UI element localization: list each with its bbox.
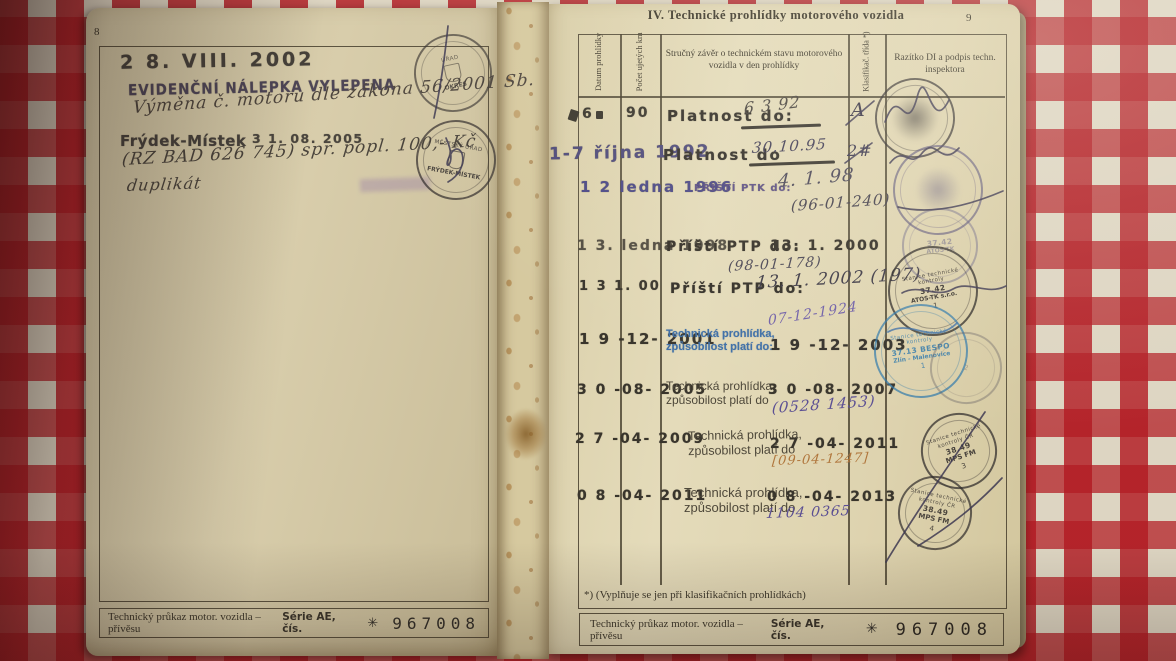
stamp-arc-text: Stanice technické kontroly ČR xyxy=(923,422,986,454)
table-footnote: *) (Vyplňuje se jen při klasifikačních p… xyxy=(584,589,806,601)
col-header-zaver: Stručný závěr o technickém stavu motorov… xyxy=(664,48,844,73)
left-page-number: 8 xyxy=(94,26,100,38)
row7-label: Technická prohlídka, způsobilost platí d… xyxy=(666,379,782,407)
row9-value: 0 8 -04- 2013 xyxy=(767,489,897,505)
col-header-klasifikace: Klasifikač. třída *) xyxy=(861,29,870,95)
faded-ink-smudge xyxy=(360,177,430,192)
stamp-arc-text: Stanice technické kontroly ČR xyxy=(907,487,969,513)
row1-klasifikace: A xyxy=(851,99,866,121)
footer-series: Série AE, čís. xyxy=(771,618,842,642)
col-header-datum: Datum prohlídky xyxy=(594,29,604,95)
row5-date: 1 3 1. 00 xyxy=(579,279,661,294)
right-footer-box: Technický průkaz motor. vozidla – přívěs… xyxy=(579,613,1004,646)
footer-serial-number: 967008 xyxy=(896,620,993,640)
stamp-line: ATOS-TK s.r.o. xyxy=(910,290,957,305)
stamp-line: FRÝDEK-MÍSTEK xyxy=(427,165,481,181)
row1-date: 6 xyxy=(582,106,594,122)
stamp-line: 38.49 xyxy=(922,504,949,518)
stamp-number: 4 xyxy=(929,524,935,533)
row6-label-blue-stamp: Technická prohlídka, způsobilost platí d… xyxy=(666,328,778,354)
left-footer-box: Technický průkaz motor. vozidla – přívěs… xyxy=(99,608,489,638)
row8-value: 2 7 -04- 2011 xyxy=(770,436,900,452)
row2-klasifikace: 2# xyxy=(847,141,873,160)
coat-of-arms-icon xyxy=(447,149,466,170)
stamped-date-2002: 2 8. VIII. 2002 xyxy=(120,48,315,73)
stamp-line: OKRES xyxy=(444,80,468,92)
stamp-line: MPS FM xyxy=(945,448,977,466)
stamp-arc-text: ÚŘAD xyxy=(441,55,460,65)
row4-value: 13. 1. 2000 xyxy=(770,238,881,254)
right-page-number: 9 xyxy=(966,12,972,24)
footer-star-icon: ✳ xyxy=(367,615,378,631)
col-header-km: Počet ujetých km xyxy=(635,29,645,95)
row1-km: 90 xyxy=(626,105,649,121)
stamp-line: MPS FM xyxy=(917,512,949,527)
footer-label: Technický průkaz motor. vozidla – přívěs… xyxy=(590,618,763,642)
footer-serial-number: 967008 xyxy=(392,614,480,633)
photo-scene: 8 2 8. VIII. 2002 EVIDENČNÍ NÁLEPKA VYLE… xyxy=(0,0,1176,661)
row8-date: 2 7 -04- 2009 xyxy=(575,431,705,447)
right-page-header: IV. Technické prohlídky motorového vozid… xyxy=(620,8,932,23)
stamp-number: 2 xyxy=(963,364,969,373)
row9-note: 1104 0365 xyxy=(765,503,851,522)
ink-smudge xyxy=(886,89,944,147)
col-header-razitko: Razítko DI a podpis techn. inspektora xyxy=(888,52,1002,77)
ink-mark xyxy=(596,111,603,119)
stamp-arc-text: Stanice technické kontroly xyxy=(893,265,968,291)
stamp-number: 3 xyxy=(960,461,967,470)
footer-star-icon: ✳ xyxy=(866,621,878,638)
stamp-line: 37.42 xyxy=(919,283,946,296)
stamp-line: 38.49 xyxy=(945,441,972,458)
footer-series: Série AE, čís. xyxy=(282,611,351,635)
stamp-number: 1 xyxy=(920,362,926,371)
stamp-arc-text: MĚSTSKÝ ÚŘAD xyxy=(434,139,483,154)
coat-of-arms-icon xyxy=(443,62,462,83)
handwriting-duplicate: duplikát xyxy=(126,173,203,195)
footer-label: Technický průkaz motor. vozidla – přívěs… xyxy=(108,611,276,635)
